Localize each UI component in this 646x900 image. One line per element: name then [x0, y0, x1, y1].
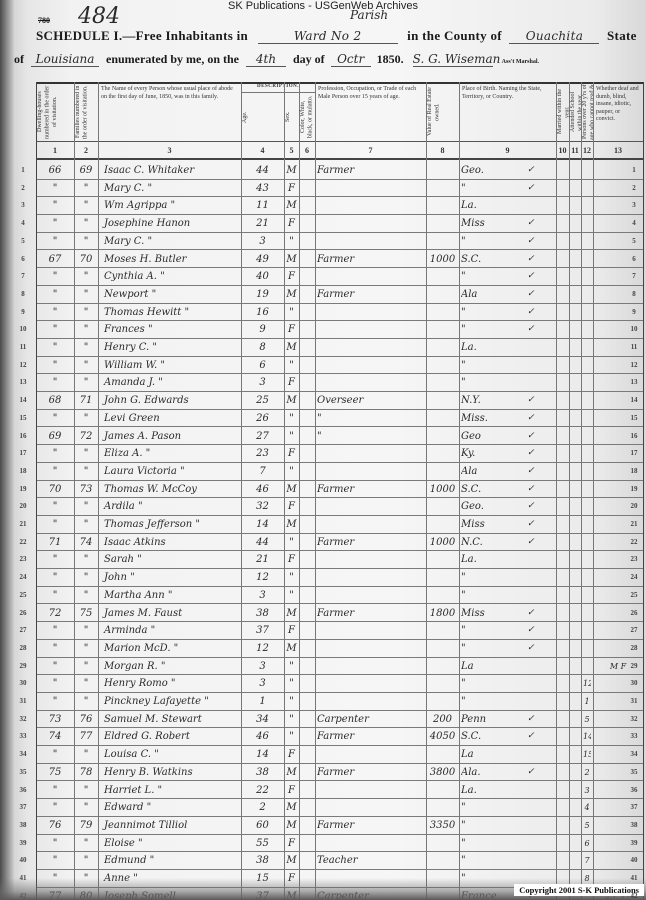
real-estate-value [428, 233, 457, 250]
check-mark: ✓ [527, 534, 547, 551]
dwelling-number: " [38, 746, 72, 763]
line-number-left: 36 [16, 786, 30, 794]
line-number-right: 32 [627, 715, 641, 723]
census-row: ""Pinckney Lafayette "1""131 [36, 693, 643, 711]
census-row: ""Eloise "55F"639 [36, 835, 643, 853]
person-name: Newport " [100, 286, 239, 303]
column-number-1: 1 [36, 142, 74, 160]
census-table: DESCRIPTION. 6669Isaac C. Whitaker44MFar… [36, 82, 643, 882]
census-row: 7679Jeannimot Tilliol60MFarmer3350"538 [36, 817, 643, 835]
col12-tally [583, 622, 591, 639]
age: 11 [243, 197, 282, 214]
person-name: Morgan R. " [100, 658, 239, 675]
sex: M [286, 516, 297, 533]
line-number-right: 21 [627, 520, 641, 528]
line-number-left: 12 [16, 361, 30, 369]
family-number: 75 [76, 605, 96, 622]
occupation [317, 445, 424, 462]
occupation: Farmer [317, 481, 424, 498]
occupation: Farmer [317, 534, 424, 551]
column-divider [581, 82, 582, 900]
dwelling-number: 67 [38, 251, 72, 268]
person-name: James M. Faust [100, 605, 239, 622]
family-number: " [76, 835, 96, 852]
sex: " [286, 534, 297, 551]
family-number: " [76, 587, 96, 604]
real-estate-value: 1000 [428, 481, 457, 498]
enumerated-label: enumerated by me, on the [106, 52, 239, 67]
family-number: " [76, 746, 96, 763]
line-number-right: 15 [627, 414, 641, 422]
copyright-notice: Copyright 2001 S-K Publications [514, 884, 644, 896]
age: 55 [243, 835, 282, 852]
col12-tally [583, 498, 591, 515]
line-number-left: 8 [16, 290, 30, 298]
age: 6 [243, 357, 282, 374]
family-number: 78 [76, 764, 96, 781]
column-number-11: 11 [569, 142, 581, 160]
check-mark [527, 799, 547, 816]
check-mark: ✓ [527, 410, 547, 427]
family-number: " [76, 799, 96, 816]
person-name: Isaac C. Whitaker [100, 162, 239, 179]
line-number-left: 30 [16, 679, 30, 687]
age: 38 [243, 764, 282, 781]
line-number-right: 39 [627, 839, 641, 847]
col12-tally: 7 [583, 852, 591, 869]
real-estate-value [428, 374, 457, 391]
sex: F [286, 835, 297, 852]
column-header-12: Persons over 20 y'rs of age who cannot r… [581, 82, 593, 142]
line-number-left: 17 [16, 449, 30, 457]
person-name: Thomas Hewitt " [100, 304, 239, 321]
struck-page-number: 780 [38, 16, 50, 25]
column-header-13: Whether deaf and dumb, blind, insane, id… [593, 82, 643, 142]
census-row: ""Eliza A. "23FKy.✓17 [36, 445, 643, 463]
line-number-left: 27 [16, 626, 30, 634]
check-mark: ✓ [527, 728, 547, 745]
real-estate-value [428, 286, 457, 303]
census-row: ""Thomas Jefferson "14MMiss✓21 [36, 516, 643, 534]
column-divider [643, 82, 644, 900]
real-estate-value [428, 658, 457, 675]
occupation: Farmer [317, 251, 424, 268]
census-row: ""Josephine Hanon21FMiss✓4 [36, 215, 643, 233]
person-name: Thomas W. McCoy [100, 481, 239, 498]
real-estate-value [428, 339, 457, 356]
family-number: 70 [76, 251, 96, 268]
line-number-right: 5 [627, 237, 641, 245]
family-number: " [76, 693, 96, 710]
line-number-left: 35 [16, 768, 30, 776]
age: 16 [243, 304, 282, 321]
line-number-right: 4 [627, 219, 641, 227]
col12-tally: 14 [583, 728, 591, 745]
real-estate-value [428, 693, 457, 710]
line-number-right: 40 [627, 856, 641, 864]
occupation [317, 357, 424, 374]
census-row: 6770Moses H. Butler49MFarmer1000S.C.✓6 [36, 251, 643, 269]
real-estate-value [428, 162, 457, 179]
age: 3 [243, 374, 282, 391]
census-row: ""Mary C. "3""✓5 [36, 233, 643, 251]
occupation [317, 215, 424, 232]
age: 19 [243, 286, 282, 303]
check-mark [527, 817, 547, 834]
column-header-1: Dwelling-houses numbered in the order of… [36, 82, 74, 142]
census-row: 7578Henry B. Watkins38MFarmer3800Ala.2✓3… [36, 764, 643, 782]
line-number-left: 18 [16, 467, 30, 475]
line-number-left: 26 [16, 609, 30, 617]
real-estate-value: 1000 [428, 534, 457, 551]
age: 3 [243, 658, 282, 675]
check-mark [527, 551, 547, 568]
occupation [317, 180, 424, 197]
age: 1 [243, 693, 282, 710]
age: 3 [243, 675, 282, 692]
column-header-2: Families numbered in the order of visita… [74, 82, 98, 142]
page-binding-edge [0, 0, 14, 900]
family-number: 72 [76, 428, 96, 445]
real-estate-value [428, 746, 457, 763]
column-header-6: Color, White, black, or mulatto. [299, 92, 315, 142]
column-number-10: 10 [556, 142, 569, 160]
family-number: " [76, 233, 96, 250]
line-number-left: 10 [16, 325, 30, 333]
occupation [317, 304, 424, 321]
person-name: Pinckney Lafayette " [100, 693, 239, 710]
line-number-right: 35 [627, 768, 641, 776]
enumeration-line: of Louisiana enumerated by me, on the 4t… [14, 52, 539, 67]
line-number-right: 20 [627, 502, 641, 510]
family-number: " [76, 374, 96, 391]
dwelling-number: " [38, 304, 72, 321]
sex: F [286, 782, 297, 799]
check-mark: ✓ [527, 304, 547, 321]
dwelling-number: " [38, 233, 72, 250]
marshal-signature: S. G. Wiseman [413, 52, 493, 67]
dwelling-number: " [38, 675, 72, 692]
census-row: ""Marion McD. "12M"✓28 [36, 640, 643, 658]
census-row: 6972James A. Pason27""Geo✓16 [36, 428, 643, 446]
line-number-right: 27 [627, 626, 641, 634]
real-estate-value [428, 392, 457, 409]
age: 23 [243, 445, 282, 462]
sex: F [286, 622, 297, 639]
line-number-right: 8 [627, 290, 641, 298]
column-number-13: 13 [593, 142, 643, 160]
check-mark [527, 587, 547, 604]
age: 46 [243, 728, 282, 745]
line-number-right: 16 [627, 432, 641, 440]
person-name: Frances " [100, 321, 239, 338]
family-number: " [76, 180, 96, 197]
check-mark: ✓ [527, 286, 547, 303]
family-number: " [76, 215, 96, 232]
real-estate-value [428, 463, 457, 480]
col12-tally: 4 [583, 799, 591, 816]
column-number-8: 8 [426, 142, 459, 160]
family-number: 76 [76, 711, 96, 728]
occupation: " [317, 428, 424, 445]
sex: " [286, 304, 297, 321]
dwelling-number: 75 [38, 764, 72, 781]
family-number: " [76, 675, 96, 692]
check-mark: ✓ [527, 321, 547, 338]
schedule-label: SCHEDULE I.—Free Inhabitants in [36, 28, 248, 44]
age: 12 [243, 569, 282, 586]
occupation [317, 658, 424, 675]
line-number-right: 6 [627, 255, 641, 263]
line-number-right: 31 [627, 697, 641, 705]
occupation [317, 835, 424, 852]
column-header-3: The Name of every Person whose usual pla… [98, 82, 241, 142]
dwelling-number: " [38, 463, 72, 480]
census-row: ""William W. "6""12 [36, 357, 643, 375]
page-number: 484 [78, 4, 120, 29]
person-name: Henry C. " [100, 339, 239, 356]
dwelling-number: " [38, 569, 72, 586]
sex: " [286, 658, 297, 675]
col12-tally: 5 [583, 711, 591, 728]
family-number: " [76, 410, 96, 427]
family-number: " [76, 463, 96, 480]
dwelling-number: " [38, 693, 72, 710]
check-mark: ✓ [527, 445, 547, 462]
county-field: Ouachita [509, 29, 599, 44]
dwelling-number: " [38, 587, 72, 604]
sex: M [286, 764, 297, 781]
age: 44 [243, 162, 282, 179]
dwelling-number: " [38, 268, 72, 285]
line-number-right: 28 [627, 644, 641, 652]
person-name: Harriet L. " [100, 782, 239, 799]
sex: " [286, 428, 297, 445]
line-number-right: 11 [627, 343, 641, 351]
census-row: ""Mary C. "43F"✓2 [36, 180, 643, 198]
dwelling-number: " [38, 286, 72, 303]
line-number-right: 38 [627, 821, 641, 829]
line-number-right: 42 [627, 892, 641, 900]
age: 38 [243, 605, 282, 622]
real-estate-value [428, 445, 457, 462]
age: 25 [243, 392, 282, 409]
check-mark [527, 569, 547, 586]
census-row: 7174Isaac Atkins44"Farmer1000N.C.✓22 [36, 534, 643, 552]
col12-tally [583, 463, 591, 480]
parish-annotation: Parish [350, 8, 388, 22]
line-number-right: 3 [627, 201, 641, 209]
family-number: " [76, 268, 96, 285]
age: 40 [243, 268, 282, 285]
line-number-right: 9 [627, 308, 641, 316]
column-divider [569, 82, 570, 900]
column-header-9: Place of Birth. Naming the State, Territ… [459, 82, 556, 142]
line-number-right: 24 [627, 573, 641, 581]
age: 37 [243, 622, 282, 639]
dwelling-number: " [38, 835, 72, 852]
county-label: in the County of [407, 28, 502, 44]
col12-tally [583, 233, 591, 250]
day-of-label: day of [293, 52, 325, 67]
line-number-right: 12 [627, 361, 641, 369]
line-number-left: 5 [16, 237, 30, 245]
dwelling-number: " [38, 410, 72, 427]
occupation: Overseer [317, 392, 424, 409]
family-number: " [76, 197, 96, 214]
real-estate-value [428, 197, 457, 214]
line-number-left: 11 [16, 343, 30, 351]
check-mark [527, 782, 547, 799]
sex: " [286, 233, 297, 250]
person-name: John " [100, 569, 239, 586]
real-estate-value [428, 268, 457, 285]
state-label: State [607, 28, 637, 44]
person-name: Isaac Atkins [100, 534, 239, 551]
column-header-7: Profession, Occupation, or Trade of each… [315, 82, 426, 142]
family-number: " [76, 852, 96, 869]
ward-field: Ward No 2 [258, 29, 398, 44]
check-mark: ✓ [527, 180, 547, 197]
real-estate-value: 4050 [428, 728, 457, 745]
occupation: Farmer [317, 728, 424, 745]
person-name: Amanda J. " [100, 374, 239, 391]
dwelling-number: " [38, 321, 72, 338]
occupation [317, 622, 424, 639]
col12-tally [583, 445, 591, 462]
real-estate-value [428, 428, 457, 445]
column-divider [556, 82, 557, 900]
check-mark: ✓ [527, 481, 547, 498]
dwelling-number: 73 [38, 711, 72, 728]
real-estate-value: 1800 [428, 605, 457, 622]
age: 21 [243, 551, 282, 568]
col12-tally [583, 197, 591, 214]
real-estate-value [428, 357, 457, 374]
person-name: Wm Agrippa " [100, 197, 239, 214]
occupation [317, 799, 424, 816]
occupation [317, 516, 424, 533]
line-number-left: 16 [16, 432, 30, 440]
sex: M [286, 817, 297, 834]
family-number: " [76, 498, 96, 515]
real-estate-value [428, 180, 457, 197]
census-row: ""Henry Romo "3""1230 [36, 675, 643, 693]
check-mark [527, 852, 547, 869]
sex: M [286, 392, 297, 409]
col12-tally [583, 339, 591, 356]
schedule-title-line: SCHEDULE I.—Free Inhabitants in Ward No … [36, 28, 637, 44]
census-row: 7275James M. Faust38MFarmer1800Miss✓26 [36, 605, 643, 623]
occupation [317, 321, 424, 338]
sex: " [286, 693, 297, 710]
col12-tally [583, 286, 591, 303]
check-mark [527, 693, 547, 710]
occupation: Teacher [317, 852, 424, 869]
age: 60 [243, 817, 282, 834]
dwelling-number: " [38, 622, 72, 639]
occupation [317, 268, 424, 285]
age: 21 [243, 215, 282, 232]
census-row: ""Thomas Hewitt "16""✓9 [36, 304, 643, 322]
line-number-left: 39 [16, 839, 30, 847]
real-estate-value: 1000 [428, 251, 457, 268]
census-row: ""Newport "19MFarmerAla✓8 [36, 286, 643, 304]
sex: " [286, 569, 297, 586]
check-mark [527, 658, 547, 675]
occupation [317, 374, 424, 391]
family-number: " [76, 445, 96, 462]
check-mark: ✓ [527, 605, 547, 622]
dwelling-number: " [38, 498, 72, 515]
census-row: ""Morgan R. "3"LaM F29 [36, 658, 643, 676]
line-number-left: 33 [16, 732, 30, 740]
sex: F [286, 180, 297, 197]
census-row: ""Louisa C. "14FLa1534 [36, 746, 643, 764]
sex: " [286, 711, 297, 728]
line-number-right: 14 [627, 396, 641, 404]
age: 26 [243, 410, 282, 427]
family-number: 79 [76, 817, 96, 834]
occupation [317, 498, 424, 515]
occupation [317, 587, 424, 604]
col12-tally: 5 [583, 817, 591, 834]
col12-tally: 3 [583, 782, 591, 799]
col12-tally: 1 [583, 693, 591, 710]
sex: M [286, 286, 297, 303]
column-divider [299, 82, 300, 900]
real-estate-value [428, 835, 457, 852]
person-name: Edward " [100, 799, 239, 816]
real-estate-value [428, 622, 457, 639]
col12-tally [583, 516, 591, 533]
dwelling-number: " [38, 852, 72, 869]
column-header-5: Sex. [284, 92, 299, 142]
person-name: Henry Romo " [100, 675, 239, 692]
col12-tally [583, 357, 591, 374]
sex: M [286, 197, 297, 214]
col12-tally [583, 481, 591, 498]
family-number: " [76, 304, 96, 321]
occupation: " [317, 410, 424, 427]
real-estate-value: 3350 [428, 817, 457, 834]
dwelling-number: " [38, 357, 72, 374]
month-field: Octr [331, 52, 371, 67]
sex: " [286, 357, 297, 374]
age: 9 [243, 321, 282, 338]
col12-tally [583, 605, 591, 622]
line-number-left: 23 [16, 555, 30, 563]
sex: " [286, 675, 297, 692]
age: 32 [243, 498, 282, 515]
column-divider [98, 82, 99, 900]
age: 38 [243, 852, 282, 869]
sex: M [286, 799, 297, 816]
dwelling-number: " [38, 215, 72, 232]
column-divider [315, 82, 316, 900]
check-mark [527, 374, 547, 391]
col12-tally [583, 587, 591, 604]
column-divider [241, 82, 242, 900]
column-number-9: 9 [459, 142, 556, 160]
person-name: Cynthia A. " [100, 268, 239, 285]
column-number-2: 2 [74, 142, 98, 160]
check-mark [527, 339, 547, 356]
census-row: ""Henry C. "8MLa.11 [36, 339, 643, 357]
line-number-right: 13 [627, 378, 641, 386]
real-estate-value [428, 782, 457, 799]
person-name: Sarah " [100, 551, 239, 568]
